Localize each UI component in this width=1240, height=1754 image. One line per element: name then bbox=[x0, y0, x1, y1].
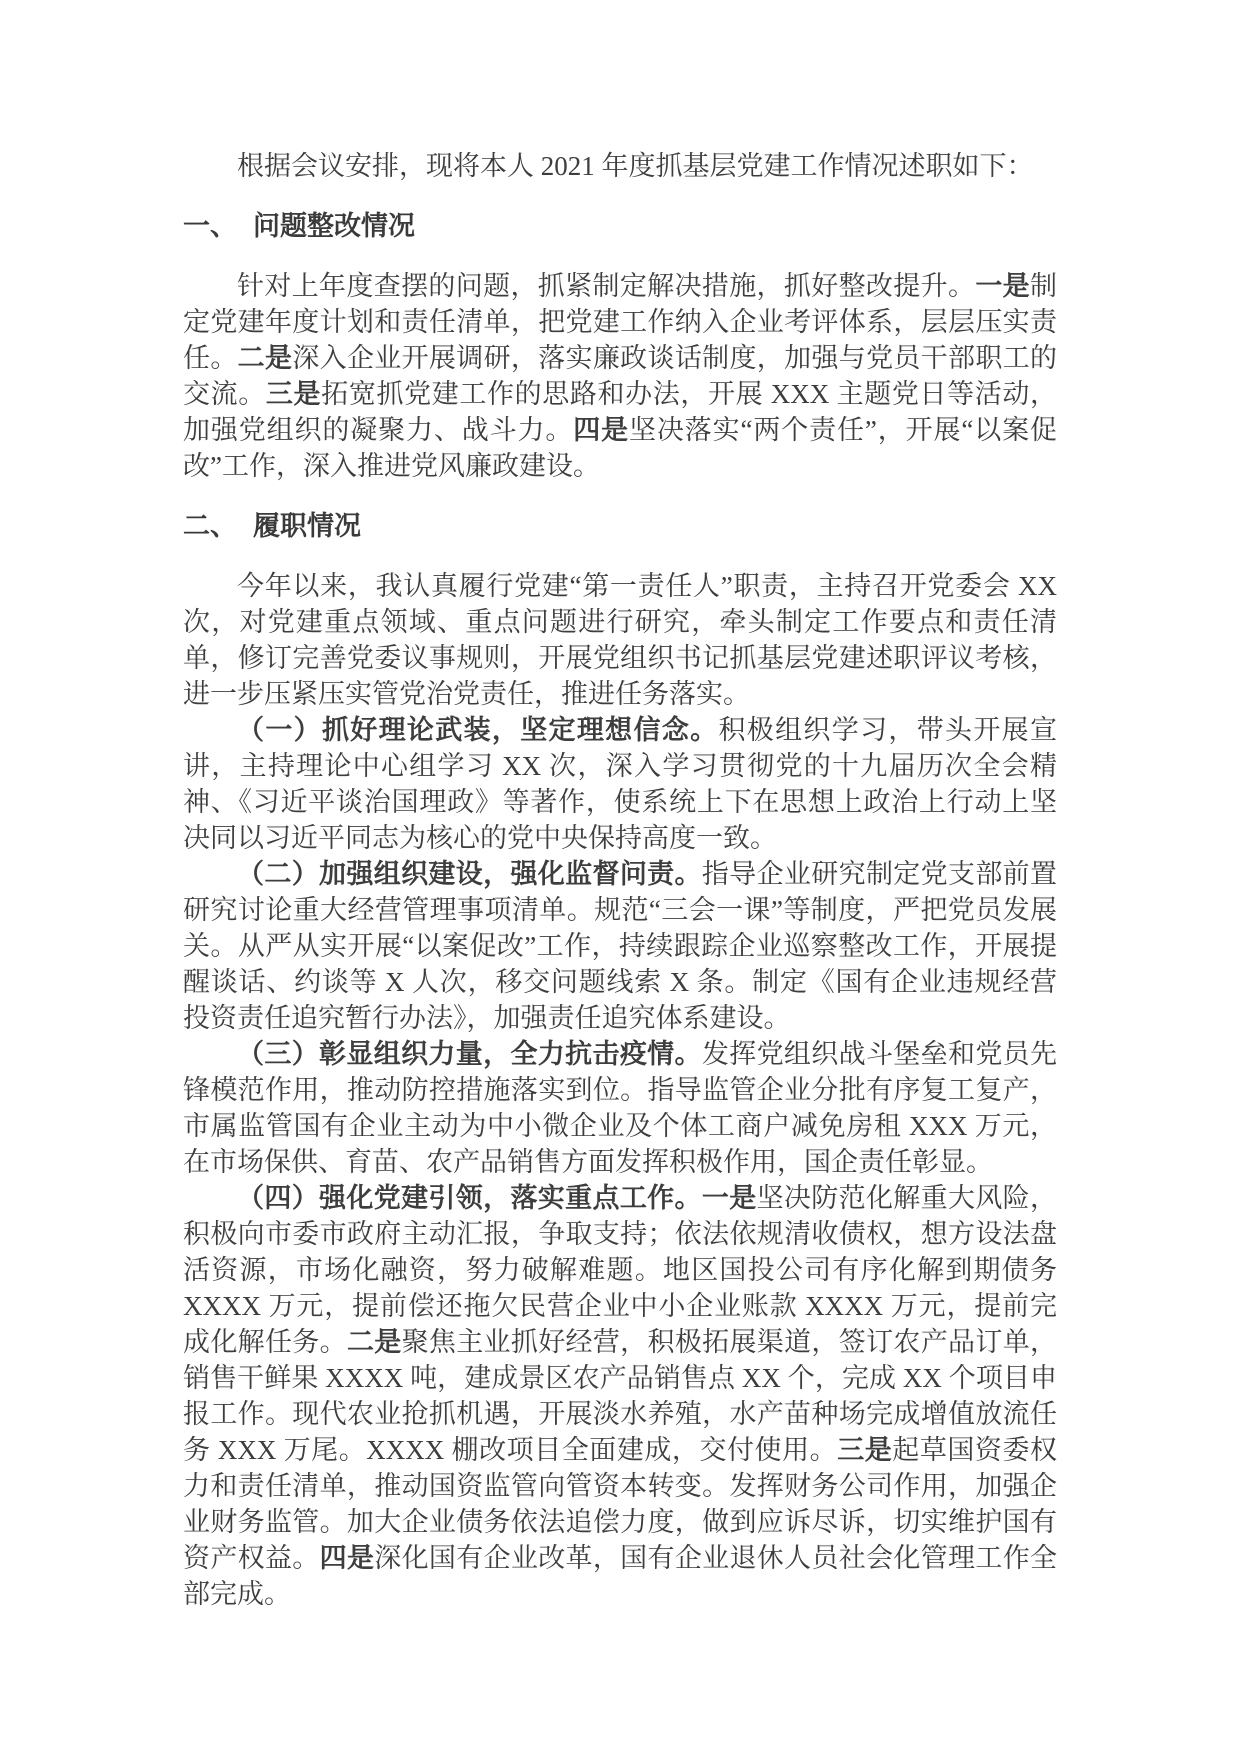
section1-bold-marker-1: 一是 bbox=[975, 271, 1030, 301]
section2-item4-paragraph: （四）强化党建引领，落实重点工作。一是坚决防范化解重大风险，积极向市委市政府主动… bbox=[183, 1180, 1057, 1612]
section2-item4-bold-marker-1: 一是 bbox=[702, 1183, 757, 1213]
section1-text-run-0: 针对上年度查摆的问题，抓紧制定解决措施，抓好整改提升。 bbox=[237, 271, 975, 301]
section2-item3-lead: （三）彰显组织力量，全力抗击疫情。 bbox=[237, 1039, 702, 1069]
section2-item4-bold-marker-2: 二是 bbox=[347, 1327, 402, 1357]
section2-item4-bold-marker-3: 三是 bbox=[837, 1435, 892, 1465]
intro-paragraph: 根据会议安排，现将本人 2021 年度抓基层党建工作情况述职如下： bbox=[183, 148, 1057, 184]
section2-heading-number: 二、 bbox=[183, 511, 237, 541]
section1-bold-marker-2: 二是 bbox=[238, 343, 293, 373]
section2-intro-paragraph: 今年以来，我认真履行党建“第一责任人”职责，主持召开党委会 XX 次，对党建重点… bbox=[183, 568, 1057, 712]
section2-item4-lead: （四）强化党建引领，落实重点工作。 bbox=[237, 1183, 702, 1213]
section1-bold-marker-4: 四是 bbox=[573, 415, 629, 445]
document-page: 根据会议安排，现将本人 2021 年度抓基层党建工作情况述职如下： 一、问题整改… bbox=[0, 0, 1240, 1754]
section2-item2-lead: （二）加强组织建设，强化监督问责。 bbox=[237, 859, 702, 889]
section2-heading: 二、履职情况 bbox=[183, 508, 1057, 544]
section1-paragraph: 针对上年度查摆的问题，抓紧制定解决措施，抓好整改提升。一是制定党建年度计划和责任… bbox=[183, 268, 1057, 484]
section1-heading-number: 一、 bbox=[183, 211, 237, 241]
section1-bold-marker-3: 三是 bbox=[266, 379, 321, 409]
section2-item1-lead: （一）抓好理论武装，坚定理想信念。 bbox=[237, 715, 718, 745]
section1-heading-title: 问题整改情况 bbox=[253, 211, 415, 241]
section2-item3-paragraph: （三）彰显组织力量，全力抗击疫情。发挥党组织战斗堡垒和党员先锋模范作用，推动防控… bbox=[183, 1036, 1057, 1180]
section2-item2-paragraph: （二）加强组织建设，强化监督问责。指导企业研究制定党支部前置研究讨论重大经营管理… bbox=[183, 856, 1057, 1036]
section2-item4-bold-marker-4: 四是 bbox=[320, 1543, 375, 1573]
section2-heading-title: 履职情况 bbox=[253, 511, 361, 541]
section1-heading: 一、问题整改情况 bbox=[183, 208, 1057, 244]
section2-item1-paragraph: （一）抓好理论武装，坚定理想信念。积极组织学习，带头开展宣讲，主持理论中心组学习… bbox=[183, 712, 1057, 856]
